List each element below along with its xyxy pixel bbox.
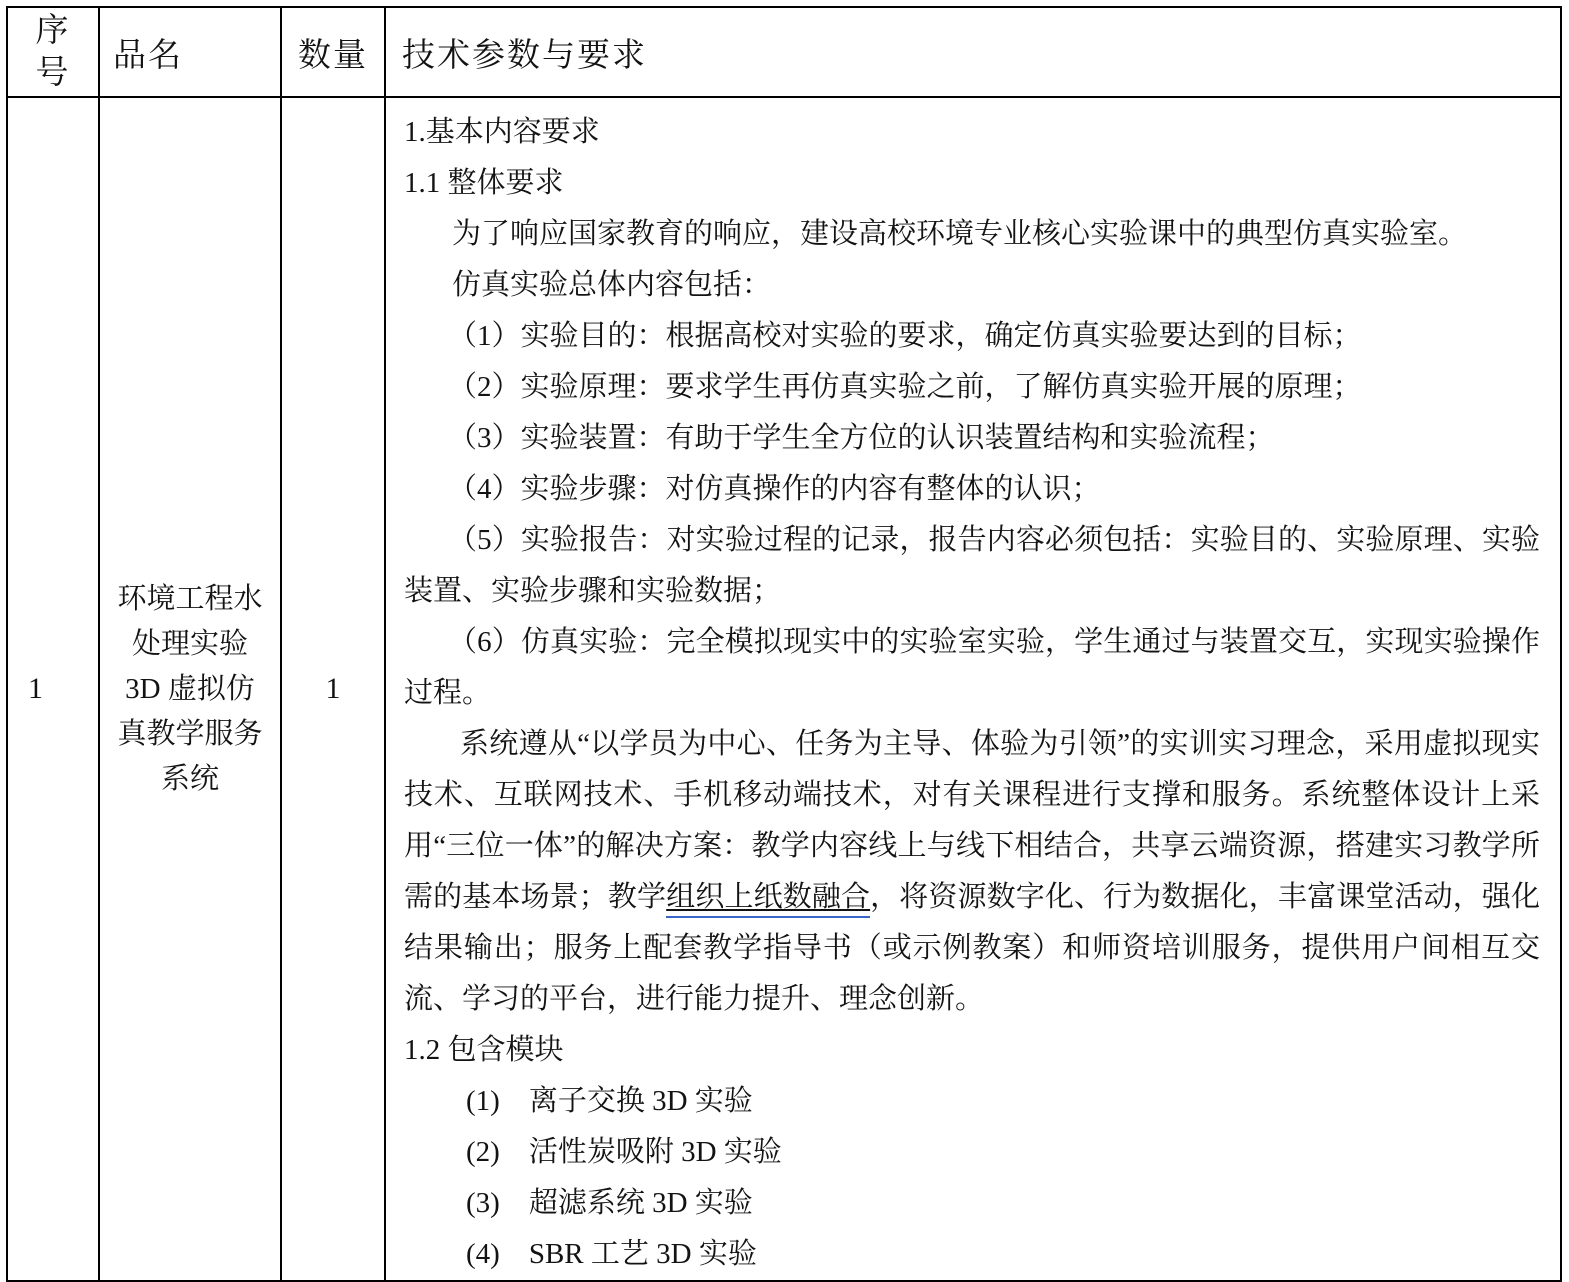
header-col-no-text: 序号 — [8, 10, 98, 94]
text-line: 环境工程水 — [100, 577, 280, 622]
header-col-name-label: 品名 — [113, 38, 183, 74]
underlined-phrase: 组织上纸数融合 — [666, 881, 870, 918]
spec-paragraph: 1.基本内容要求 — [404, 107, 1540, 158]
text-segment: （3）实验装置：有助于学生全方位的认识装置结构和实验流程； — [448, 422, 1275, 454]
text-line: 号 — [8, 52, 98, 94]
spec-paragraph: （3）实验装置：有助于学生全方位的认识装置结构和实验流程； — [404, 413, 1540, 464]
header-col-no: 序号 — [7, 7, 99, 97]
spec-paragraph: （1）实验目的：根据高校对实验的要求，确定仿真实验要达到的目标； — [404, 311, 1540, 362]
text-segment: 1.1 整体要求 — [404, 167, 564, 199]
cell-spec: 1.基本内容要求1.1 整体要求为了响应国家教育的响应，建设高校环境专业核心实验… — [385, 97, 1561, 1281]
text-segment: （6）仿真实验：完全模拟现实中的实验室实验，学生通过与装置交互，实现实验操作过程… — [404, 626, 1540, 709]
header-col-spec: 技术参数与要求 — [385, 7, 1561, 97]
header-row: 序号 品名 数量 技术参数与要求 — [7, 7, 1561, 97]
text-line: 系统 — [100, 757, 280, 802]
spec-table: 序号 品名 数量 技术参数与要求 1 环境工程水处理实验3D 虚拟仿真教 — [6, 6, 1562, 1282]
text-segment: 为了响应国家教育的响应，建设高校环境专业核心实验课中的典型仿真实验室。 — [452, 218, 1467, 250]
table-row: 1 环境工程水处理实验3D 虚拟仿真教学服务系统 1 1.基本内容要求1.1 整… — [7, 97, 1561, 1281]
text-line: 处理实验 — [100, 622, 280, 667]
text-segment: 1.基本内容要求 — [404, 116, 600, 148]
header-col-qty: 数量 — [281, 7, 385, 97]
cell-product-name: 环境工程水处理实验3D 虚拟仿真教学服务系统 — [99, 97, 281, 1281]
spec-paragraph: 系统遵从“以学员为中心、任务为主导、体验为引领”的实训实习理念，采用虚拟现实技术… — [404, 719, 1540, 1025]
header-col-name: 品名 — [99, 7, 281, 97]
module-item: (2) 活性炭吸附 3D 实验 — [404, 1127, 1540, 1178]
module-item: (1) 离子交换 3D 实验 — [404, 1076, 1540, 1127]
product-name-text: 环境工程水处理实验3D 虚拟仿真教学服务系统 — [100, 577, 280, 802]
cell-serial-number: 1 — [7, 97, 99, 1281]
serial-number-value: 1 — [28, 672, 43, 705]
header-col-qty-label: 数量 — [298, 38, 368, 74]
module-item: (4) SBR 工艺 3D 实验 — [404, 1229, 1540, 1280]
spec-paragraph: （4）实验步骤：对仿真操作的内容有整体的认识； — [404, 464, 1540, 515]
text-segment: 仿真实验总体内容包括： — [452, 269, 771, 301]
text-segment: (4) SBR 工艺 3D 实验 — [466, 1238, 757, 1270]
text-segment: (1) 离子交换 3D 实验 — [466, 1085, 753, 1117]
spec-paragraph: （6）仿真实验：完全模拟现实中的实验室实验，学生通过与装置交互，实现实验操作过程… — [404, 617, 1540, 719]
spec-paragraph: 1.1 整体要求 — [404, 158, 1540, 209]
spec-paragraph: （2）实验原理：要求学生再仿真实验之前，了解仿真实验开展的原理； — [404, 362, 1540, 413]
quantity-value: 1 — [326, 672, 341, 705]
document-page: 序号 品名 数量 技术参数与要求 1 环境工程水处理实验3D 虚拟仿真教 — [0, 0, 1569, 1257]
cell-quantity: 1 — [281, 97, 385, 1281]
text-line: 真教学服务 — [100, 712, 280, 757]
spec-paragraph: 仿真实验总体内容包括： — [404, 260, 1540, 311]
spec-paragraph: 1.2 包含模块 — [404, 1025, 1540, 1076]
text-segment: （2）实验原理：要求学生再仿真实验之前，了解仿真实验开展的原理； — [448, 371, 1362, 403]
text-segment: (2) 活性炭吸附 3D 实验 — [466, 1136, 782, 1168]
module-item: (3) 超滤系统 3D 实验 — [404, 1178, 1540, 1229]
header-col-spec-label: 技术参数与要求 — [402, 38, 647, 74]
text-segment: 1.2 包含模块 — [404, 1034, 564, 1066]
text-segment: (3) 超滤系统 3D 实验 — [466, 1187, 753, 1219]
text-line: 3D 虚拟仿 — [100, 667, 280, 712]
text-line: 序 — [8, 10, 98, 52]
text-segment: （4）实验步骤：对仿真操作的内容有整体的认识； — [448, 473, 1101, 505]
text-segment: （1）实验目的：根据高校对实验的要求，确定仿真实验要达到的目标； — [448, 320, 1362, 352]
spec-paragraph: 为了响应国家教育的响应，建设高校环境专业核心实验课中的典型仿真实验室。 — [404, 209, 1540, 260]
text-segment: （5）实验报告：对实验过程的记录，报告内容必须包括：实验目的、实验原理、实验装置… — [404, 524, 1540, 607]
spec-paragraph: （5）实验报告：对实验过程的记录，报告内容必须包括：实验目的、实验原理、实验装置… — [404, 515, 1540, 617]
